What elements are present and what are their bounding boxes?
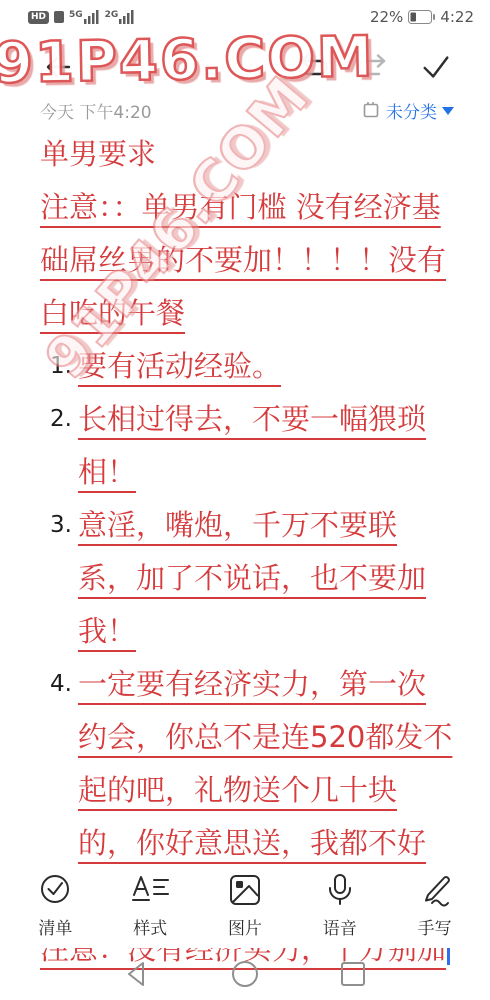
list-item[interactable]: 要有活动经验。 — [40, 340, 454, 393]
handwriting-button[interactable]: 手写 — [400, 873, 470, 939]
back-button[interactable] — [42, 51, 74, 83]
handwriting-icon — [416, 873, 454, 909]
signal-bars-icon — [84, 10, 100, 24]
toolbar-item-label: 语音 — [323, 914, 357, 939]
style-button[interactable]: 样式 — [115, 873, 185, 939]
undo-button[interactable] — [296, 51, 328, 83]
sim1-signal: 5G — [69, 10, 100, 24]
chevron-down-icon — [442, 107, 454, 115]
clock-time: 4:22 — [440, 8, 474, 26]
nav-back-button[interactable] — [122, 959, 152, 989]
note-intro[interactable]: 注意：：单男有门槛 没有经济基础屌丝男的不要加！！！！没有白吃的午餐 — [40, 181, 454, 340]
nav-home-icon — [230, 959, 260, 989]
category-label: 未分类 — [386, 98, 437, 123]
toolbar-item-label: 清单 — [38, 914, 72, 939]
toolbar-item-label: 手写 — [418, 914, 452, 939]
battery-percent: 22% — [370, 8, 403, 26]
sim1-label: 5G — [69, 11, 83, 20]
editor-header — [0, 40, 490, 94]
save-button[interactable] — [420, 51, 452, 83]
text-style-icon — [130, 873, 170, 909]
hd-icon: HD — [28, 11, 49, 24]
editor-toolbar: 清单 样式 图片 语音 手写 — [0, 864, 490, 948]
redo-button[interactable] — [358, 51, 390, 83]
toolbar-item-label: 样式 — [133, 914, 167, 939]
nav-recents-icon — [338, 959, 368, 989]
note-editor[interactable]: 单男要求 注意：：单男有门槛 没有经济基础屌丝男的不要加！！！！没有白吃的午餐 … — [40, 128, 454, 976]
note-meta-row: 今天 下午4:20 未分类 — [40, 96, 454, 124]
nav-back-icon — [122, 959, 152, 989]
voice-button[interactable]: 语音 — [305, 873, 375, 939]
image-icon — [227, 873, 263, 909]
checklist-icon — [37, 873, 73, 909]
status-bar: HD 5G 2G 22% 4:22 — [0, 0, 490, 30]
sim2-signal: 2G — [105, 10, 136, 24]
volte-icon — [54, 11, 64, 23]
signal-bars-icon — [119, 10, 135, 24]
image-button[interactable]: 图片 — [210, 873, 280, 939]
voice-icon — [322, 873, 358, 909]
nav-home-button[interactable] — [230, 959, 260, 989]
note-timestamp: 今天 下午4:20 — [40, 98, 152, 123]
category-icon — [363, 101, 381, 119]
nav-recents-button[interactable] — [338, 959, 368, 989]
list-item[interactable]: 意淫，嘴炮，千万不要联系，加了不说话，也不要加我！ — [40, 499, 454, 658]
category-selector[interactable]: 未分类 — [363, 98, 454, 123]
redo-icon — [358, 54, 390, 80]
battery-icon — [408, 10, 435, 24]
android-nav-bar — [0, 948, 490, 1000]
checklist-button[interactable]: 清单 — [20, 873, 90, 939]
note-title[interactable]: 单男要求 — [40, 128, 454, 181]
back-arrow-icon — [43, 52, 73, 82]
list-item[interactable]: 长相过得去，不要一幅猥琐相！ — [40, 393, 454, 499]
toolbar-item-label: 图片 — [228, 914, 262, 939]
sim2-label: 2G — [105, 11, 119, 20]
undo-icon — [296, 54, 328, 80]
note-list: 要有活动经验。 长相过得去，不要一幅猥琐相！ 意淫，嘴炮，千万不要联系，加了不说… — [40, 340, 454, 923]
check-icon — [420, 53, 452, 81]
